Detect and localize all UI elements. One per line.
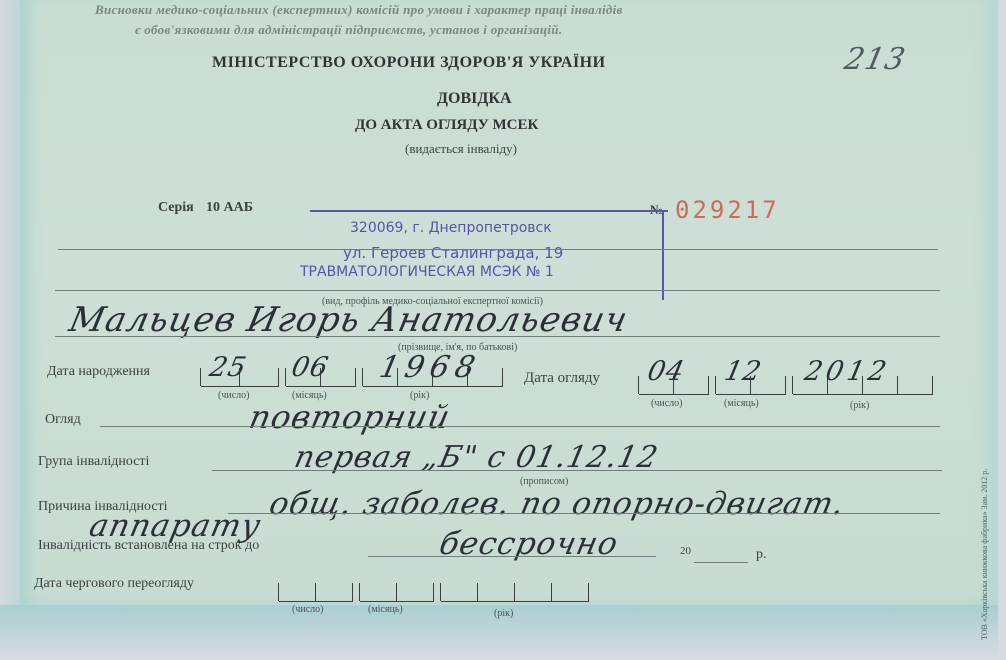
exam-day-caption: (число) xyxy=(651,398,682,409)
disability-group-label: Група інвалідності xyxy=(38,454,149,470)
photo-background-right xyxy=(998,0,1006,660)
term-label: Інвалідність встановлена на строк до xyxy=(38,538,259,554)
disability-group-line xyxy=(212,470,942,471)
stamp-address-line1: 320069, г. Днепропетровск xyxy=(350,220,552,236)
term-year-suffix: р. xyxy=(756,547,767,563)
birth-day-value: 25 xyxy=(207,352,250,383)
exam-day-value: 04 xyxy=(645,356,688,387)
next-review-label: Дата чергового переогляду xyxy=(34,576,194,592)
full-name-value: Мальцев Игорь Анатольевич xyxy=(66,300,632,340)
birth-day-caption: (число) xyxy=(218,390,249,401)
exam-date-label: Дата огляду xyxy=(524,370,600,387)
series-value: 10 ААБ xyxy=(206,200,253,216)
document-title: ДОВІДКА xyxy=(437,90,512,108)
rule-line xyxy=(55,290,940,291)
rule-line xyxy=(58,249,938,250)
serial-number: 029217 xyxy=(675,196,780,224)
document-subtitle: ДО АКТА ОГЛЯДУ МСЕК xyxy=(355,117,538,134)
stamp-address-line2: ул. Героев Сталинграда, 19 xyxy=(343,244,563,262)
term-year-prefix: 20 xyxy=(680,545,691,557)
next-review-year-caption: (рік) xyxy=(494,608,513,619)
full-name-line xyxy=(55,336,940,337)
next-review-day-caption: (число) xyxy=(292,604,323,615)
ministry-name: МІНІСТЕРСТВО ОХОРОНИ ЗДОРОВ'Я УКРАЇНИ xyxy=(212,54,606,72)
birth-month-value: 06 xyxy=(289,352,332,383)
term-year-line xyxy=(694,562,748,563)
exam-month-caption: (місяць) xyxy=(724,398,759,409)
exam-month-value: 12 xyxy=(722,356,765,387)
term-line xyxy=(368,556,656,557)
exam-line xyxy=(100,426,940,427)
issued-to-note: (видається інваліду) xyxy=(405,141,517,157)
header-note-line1: Висновки медико-соціальних (експертних) … xyxy=(95,2,623,18)
handwritten-number: 213 xyxy=(841,42,909,77)
photo-background-left xyxy=(0,0,22,660)
series-label: Серія xyxy=(158,200,194,216)
next-review-date-boxes[interactable] xyxy=(278,583,595,601)
exam-year-caption: (рік) xyxy=(850,400,869,411)
next-review-month-caption: (місяць) xyxy=(368,604,403,615)
exam-date-boxes xyxy=(638,376,939,394)
exam-value: повторний xyxy=(246,398,454,436)
stamp-organization: ТРАВМАТОЛОГИЧЕСКАЯ МСЭК № 1 xyxy=(300,264,554,280)
birth-year-value: 1968 xyxy=(376,350,484,385)
header-note-line2: є обов'язковими для адміністрації підпри… xyxy=(135,22,562,38)
exam-year-value: 2012 xyxy=(802,356,893,387)
disability-cause-line xyxy=(228,513,940,514)
disability-cause-value: общ. заболев. по опорно-двигат. xyxy=(266,486,848,522)
birth-date-label: Дата народження xyxy=(47,364,150,380)
printer-imprint: ТОВ «Харківська книжкова фабрика» Зам. 2… xyxy=(980,469,989,640)
exam-label: Огляд xyxy=(45,412,81,428)
